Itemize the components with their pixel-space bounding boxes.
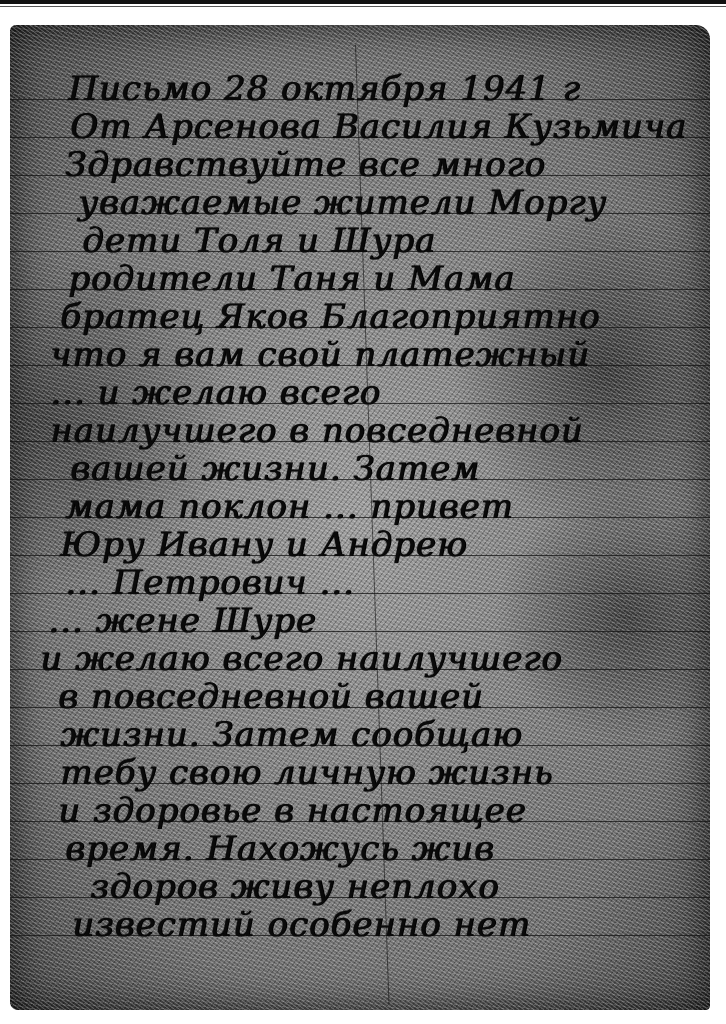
letter-line: время. Нахожусь жив	[65, 829, 495, 869]
letter-line: уважаемые жители Моргу	[78, 183, 607, 223]
letter-line: в повседневной вашей	[58, 677, 484, 717]
letter-line: наилучшего в повседневной	[50, 411, 583, 451]
letter-line: ... Петрович ...	[65, 563, 355, 603]
scan-top-border-thin	[0, 6, 726, 7]
letter-line: что я вам свой платежный	[50, 335, 590, 375]
scan-top-border	[0, 0, 726, 4]
letter-line: тебу свою личную жизнь	[60, 753, 553, 793]
letter-line: братец Яков Благоприятно	[60, 297, 600, 337]
letter-line: От Арсенова Василия Кузьмича	[70, 107, 687, 147]
letter-line: и здоровье в настоящее	[58, 791, 527, 831]
letter-line: здоров живу неплохо	[90, 867, 499, 907]
letter-line: родители Таня и Мама	[68, 259, 515, 299]
letter-line: мама поклон ... привет	[65, 487, 514, 527]
letter-line: и желаю всего наилучшего	[40, 639, 563, 679]
letter-line: Здравствуйте все много	[65, 145, 546, 185]
letter-line: Письмо 28 октября 1941 г	[68, 69, 581, 109]
letter-page: Письмо 28 октября 1941 г От Арсенова Вас…	[10, 25, 710, 1010]
letter-line: известий особенно нет	[72, 905, 531, 945]
letter-line: ... и желаю всего	[50, 373, 381, 413]
letter-line: Юру Ивану и Андрею	[60, 525, 468, 565]
letter-line: ... жене Шуре	[48, 601, 317, 641]
letter-line: вашей жизни. Затем	[70, 449, 480, 489]
letter-line: дети Толя и Шура	[82, 221, 436, 261]
letter-line: жизни. Затем сообщаю	[60, 715, 523, 755]
